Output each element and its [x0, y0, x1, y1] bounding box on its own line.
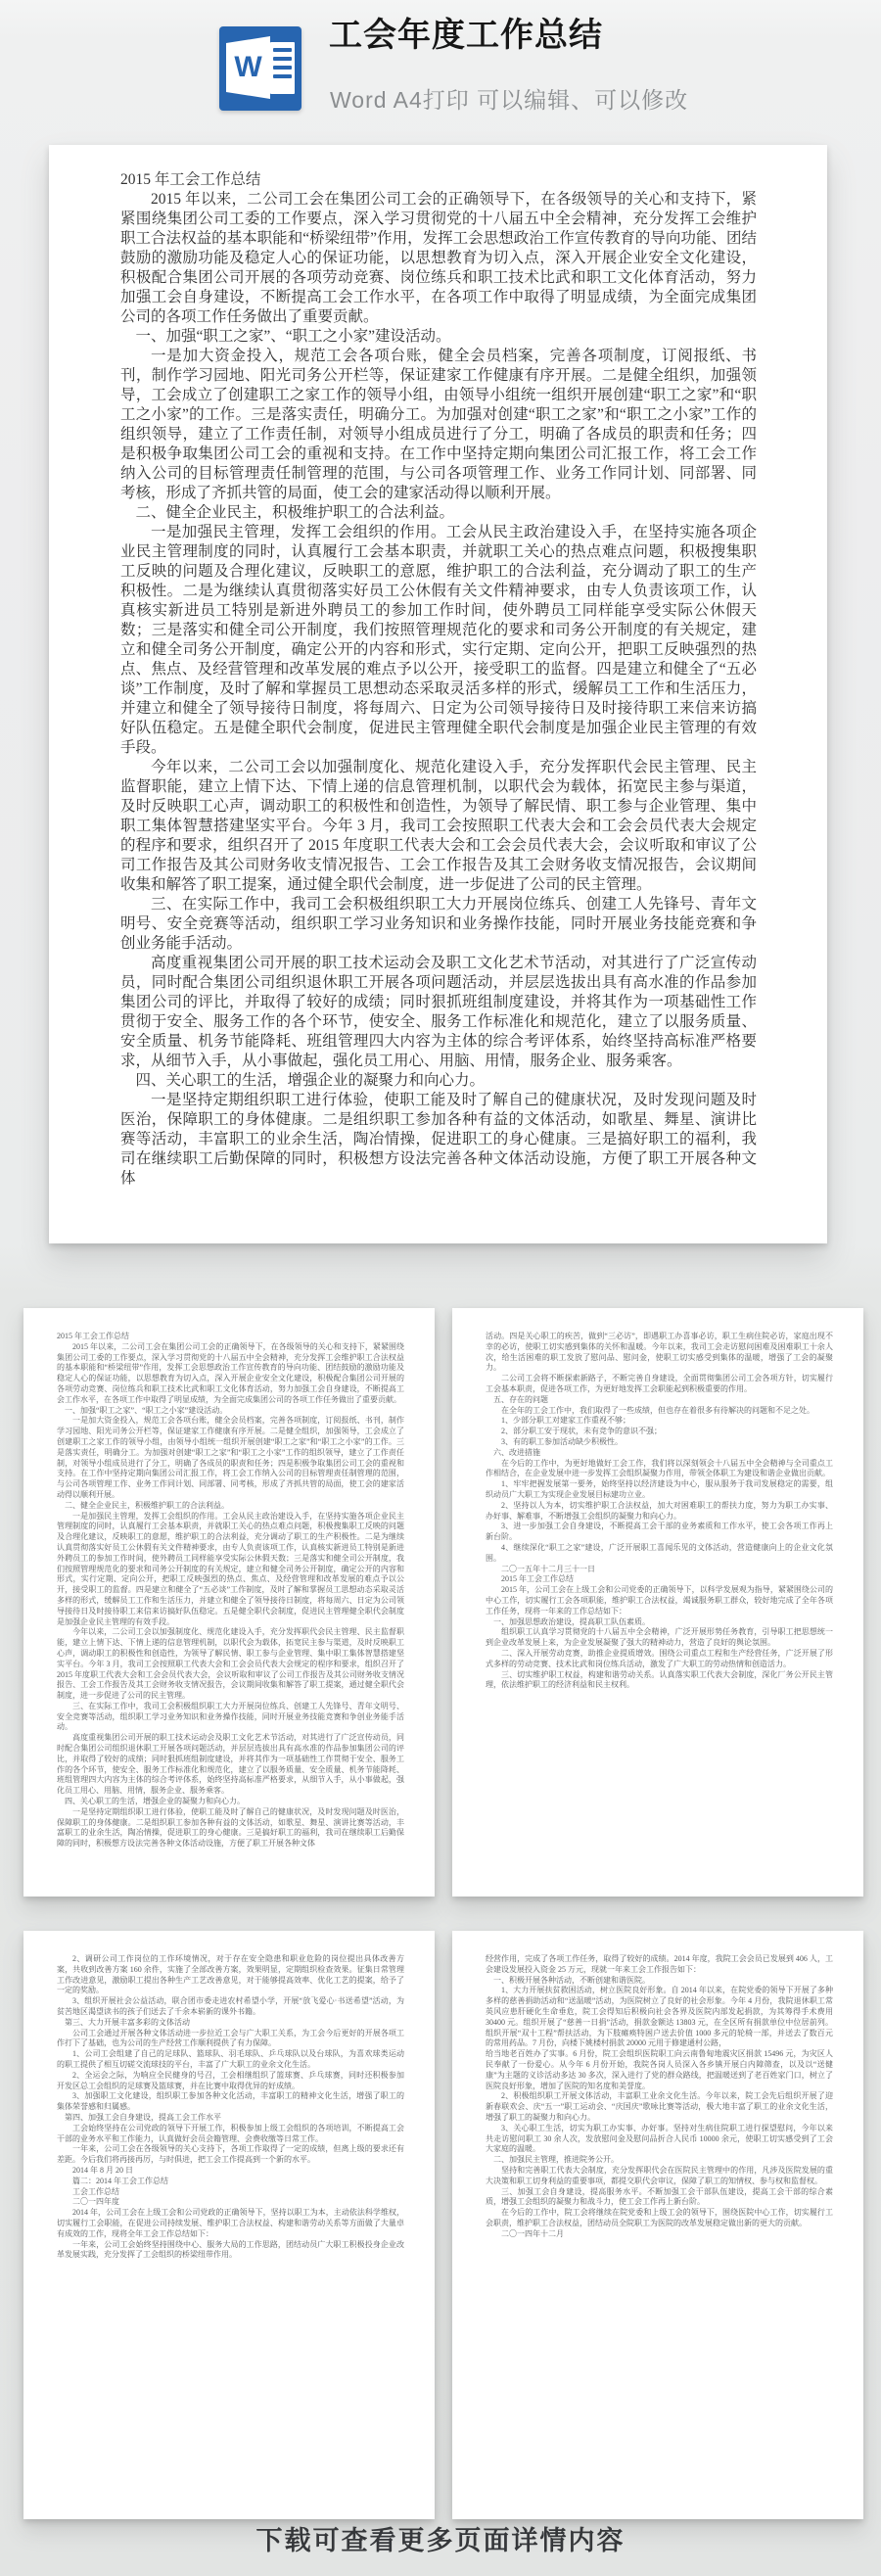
doc-paragraph: 二、健全企业民主，积极维护职工的合法利益。 — [57, 1501, 404, 1512]
doc-paragraph: 一、加强思想政治建设，提高职工队伍素质。 — [486, 1617, 833, 1628]
doc-paragraph: 三、切实维护职工权益，构建和谐劳动关系。认真落实职工代表大会制度，深化厂务公开民… — [486, 1670, 833, 1692]
doc-paragraph: 1、大力开展扶贫救困活动，树立医院良好形象。自 2014 年以来，在院党委的领导… — [486, 1986, 833, 2049]
doc-paragraph: 二、健全企业民主，积极维护职工的合法利益。 — [120, 503, 757, 523]
doc-paragraph: 二、深入开展劳动竞赛，助推企业提质增效。围绕公司重点工程和生产经营任务，广泛开展… — [486, 1649, 833, 1670]
doc-paragraph: 2、积极组织职工开展文体活动，丰富职工业余文化生活。今年以来，院工会先后组织开展… — [486, 2091, 833, 2123]
doc-paragraph: 一是坚持定期组织职工进行体验，使职工能及时了解自己的健康状况，及时发现问题及时医… — [57, 1807, 404, 1850]
doc-paragraph: 二、加强民主管理，推进院务公开。 — [486, 2155, 833, 2166]
doc-paragraph: 2015 年工会工作总结 — [486, 1574, 833, 1585]
doc-paragraph: 坚持和完善职工代表大会制度，充分发挥职代会在医院民主管理中的作用，凡涉及医院发展… — [486, 2166, 833, 2187]
doc-paragraph: 三、在实际工作中，我司工会积极组织职工大力开展岗位练兵、创建工人先锋号、青年文明… — [120, 895, 757, 954]
doc-paragraph: 2015 年工会工作总结 — [120, 170, 757, 190]
doc-paragraph: 篇二：2014 年工会工作总结 — [57, 2177, 404, 2187]
doc-paragraph: 高度重视集团公司开展的职工技术运动会及职工文化艺术节活动，对其进行了广泛宣传动员… — [57, 1733, 404, 1797]
doc-paragraph: 2014 年 8 月 20 日 — [57, 2166, 404, 2177]
doc-paragraph: 活动。四是关心职工的疾苦，做到“三必访”，即遇职工办喜事必访，职工生病住院必访，… — [486, 1332, 833, 1374]
doc-paragraph: 今年以来，二公司工会以加强制度化、规范化建设入手，充分发挥职代会民主管理、民主监… — [57, 1627, 404, 1702]
word-icon-letter: W — [234, 53, 261, 82]
doc-paragraph: 二〇一五年十二月三十一日 — [486, 1565, 833, 1575]
doc-paragraph: 2014 年，公司工会在上级工会和公司党政的正确领导下，坚持以职工为本，主动依法… — [57, 2208, 404, 2239]
word-icon: W — [219, 26, 301, 111]
doc-paragraph: 二〇一四年度 — [57, 2197, 404, 2208]
doc-paragraph: 2015 年以来，二公司工会在集团公司工会的正确领导下，在各级领导的关心和支持下… — [57, 1342, 404, 1406]
doc-paragraph: 六、改进措施 — [486, 1448, 833, 1459]
doc-paragraph: 组织职工认真学习贯彻党的十八届五中全会精神，广泛开展形势任务教育，引导职工把思想… — [486, 1627, 833, 1649]
doc-paragraph: 公司工会通过开展各种文体活动进一步拉近工会与广大职工关系，为工会今后更好的开展各… — [57, 2029, 404, 2050]
doc-paragraph: 一是加强民主管理，发挥工会组织的作用。工会从民主政治建设入手，在坚持实施各项企业… — [120, 523, 757, 758]
doc-paragraph: 1、牢牢把握发展第一要务，始终坚持以经济建设为中心，服从服务于我司发展稳定的需要… — [486, 1479, 833, 1501]
doc-paragraph: 2、调研公司工作岗位的工作环境情况，对于存在安全隐患和职业危险的岗位提出具体改善… — [57, 1954, 404, 1996]
doc-paragraph: 一是加大资金投入，规范工会各项台账，健全会员档案，完善各项制度，订阅报纸、书刊，… — [57, 1416, 404, 1500]
thumbnail-text-page-4: 经营作用，完成了各项工作任务，取得了较好的成绩。2014 年度，我院工会会员已发… — [452, 1931, 863, 2519]
doc-paragraph: 四、关心职工的生活，增强企业的凝聚力和向心力。 — [120, 1071, 757, 1091]
page-subtitle: Word A4打印 可以编辑、可以修改 — [330, 86, 688, 114]
doc-paragraph: 工会工作总结 — [57, 2187, 404, 2198]
doc-paragraph: 一是加强民主管理，发挥工会组织的作用。工会从民主政治建设入手，在坚持实施各项企业… — [57, 1512, 404, 1628]
doc-paragraph: 今年以来，二公司工会以加强制度化、规范化建设入手，充分发挥职代会民主管理、民主监… — [120, 758, 757, 895]
doc-paragraph: 工会始终坚持在公司党政的领导下开展工作，积极参加上级工会组织的各项培训，不断提高… — [57, 2124, 404, 2145]
doc-paragraph: 3、进一步加强工会自身建设，不断提高工会干部的业务素质和工作水平，使工会各项工作… — [486, 1522, 833, 1543]
doc-paragraph: 3、有的职工参加活动缺少积极性。 — [486, 1437, 833, 1448]
word-icon-doc-lines — [270, 42, 295, 94]
doc-paragraph: 一、加强“职工之家”、“职工之小家”建设活动。 — [57, 1406, 404, 1417]
doc-paragraph: 五、存在的问题 — [486, 1395, 833, 1406]
doc-paragraph: 二〇一四年十二月 — [486, 2229, 833, 2240]
doc-paragraph: 2、坚持以人为本，切实维护职工合法权益，加大对困难职工的帮扶力度，努力为职工办实… — [486, 1501, 833, 1522]
doc-paragraph: 二公司工会将不断探索新路子，不断完善自身建设，全面贯彻集团公司工会各项方针，切实… — [486, 1374, 833, 1395]
doc-paragraph: 3、组织开展社会公益活动，联合团市委走进农村希望小学，开展“放飞爱心·书送希望”… — [57, 1996, 404, 2018]
thumbnail-text-page-2: 活动。四是关心职工的疾苦，做到“三必访”，即遇职工办喜事必访，职工生病住院必访，… — [452, 1308, 863, 1897]
page-title: 工会年度工作总结 — [329, 16, 603, 55]
download-hint: 下载可查看更多页面详情内容 — [0, 2524, 881, 2557]
document-preview-page-1[interactable]: 2015 年工会工作总结2015 年以来，二公司工会在集团公司工会的正确领导下，… — [49, 145, 827, 1243]
doc-paragraph: 2、全运会之际，为响应全民健身的号召，工会相继组织了篮球赛、乒乓球赛，同时还积极… — [57, 2071, 404, 2092]
thumbnail-text-page-3: 2、调研公司工作岗位的工作环境情况，对于存在安全隐患和职业危险的岗位提出具体改善… — [23, 1931, 435, 2519]
doc-paragraph: 2015 年以来，二公司工会在集团公司工会的正确领导下，在各级领导的关心和支持下… — [120, 190, 757, 327]
thumbnail-page-2[interactable]: 活动。四是关心职工的疾苦，做到“三必访”，即遇职工办喜事必访，职工生病住院必访，… — [452, 1308, 863, 1897]
doc-paragraph: 1、少部分职工对建家工作重视不够； — [486, 1416, 833, 1427]
document-text-page-1: 2015 年工会工作总结2015 年以来，二公司工会在集团公司工会的正确领导下，… — [49, 145, 827, 1243]
doc-paragraph: 在今后的工作中，为更好地做好工会工作，我们将以深刻领会十八届五中全会精神与全司重… — [486, 1459, 833, 1480]
doc-paragraph: 2、部分职工安于现状，未有竞争的意识不强； — [486, 1427, 833, 1437]
word-icon-page: W — [226, 36, 270, 99]
doc-paragraph: 四、关心职工的生活，增强企业的凝聚力和向心力。 — [57, 1797, 404, 1807]
thumbnail-page-1[interactable]: 2015 年工会工作总结2015 年以来，二公司工会在集团公司工会的正确领导下，… — [23, 1308, 435, 1897]
doc-paragraph: 一、加强“职工之家”、“职工之小家”建设活动。 — [120, 327, 757, 347]
doc-paragraph: 三、加强工会自身建设，提高服务水平。不断加强工会干部队伍建设，提高工会干部的综合… — [486, 2187, 833, 2209]
thumbnail-text-page-1: 2015 年工会工作总结2015 年以来，二公司工会在集团公司工会的正确领导下，… — [23, 1308, 435, 1897]
thumbnail-page-3[interactable]: 2、调研公司工作岗位的工作环境情况，对于存在安全隐患和职业危险的岗位提出具体改善… — [23, 1931, 435, 2519]
doc-paragraph: 三、在实际工作中，我司工会积极组织职工大力开展岗位练兵、创建工人先锋号、青年文明… — [57, 1702, 404, 1733]
doc-paragraph: 一年来，公司工会在各级领导的关心支持下，各项工作取得了一定的成绩，但离上级的要求… — [57, 2144, 404, 2166]
doc-paragraph: 3、加强职工文化建设，组织职工参加各种文化活动，丰富职工的精神文化生活，增强了职… — [57, 2091, 404, 2113]
doc-paragraph: 第三、大力开展丰富多彩的文体活动 — [57, 2018, 404, 2029]
doc-paragraph: 一是加大资金投入，规范工会各项台账，健全会员档案，完善各项制度，订阅报纸、书刊，… — [120, 347, 757, 503]
doc-paragraph: 在全年的工会工作中，我们取得了一些成绩，但也存在着很多有待解决的问题和不足之处。 — [486, 1406, 833, 1417]
doc-paragraph: 一是坚持定期组织职工进行体验，使职工能及时了解自己的健康状况，及时发现问题及时医… — [120, 1091, 757, 1189]
doc-paragraph: 第四、加强工会自身建设，提高工会工作水平 — [57, 2113, 404, 2124]
doc-paragraph: 3、关心职工生活，切实为职工办实事、办好事。坚持对生病住院职工进行探望慰问，今年… — [486, 2124, 833, 2155]
doc-paragraph: 经营作用，完成了各项工作任务，取得了较好的成绩。2014 年度，我院工会会员已发… — [486, 1954, 833, 1976]
doc-paragraph: 1、公司工会组建了自己的足球队、篮球队、羽毛球队、乒乓球队以及台球队，为喜欢球类… — [57, 2049, 404, 2071]
doc-paragraph: 2015 年工会工作总结 — [57, 1332, 404, 1342]
doc-paragraph: 高度重视集团公司开展的职工技术运动会及职工文化艺术节活动，对其进行了广泛宣传动员… — [120, 954, 757, 1071]
doc-paragraph: 一年来，公司工会始终坚持围绕中心、服务大局的工作思路，团结动员广大职工积极投身企… — [57, 2240, 404, 2262]
doc-paragraph: 给当地老百姓办了实事。6 月份，院工会组织医院职工向云南鲁甸地震灾区捐款 154… — [486, 2049, 833, 2091]
doc-paragraph: 4、继续深化“职工之家”建设，广泛开展职工喜闻乐见的文体活动，营造健康向上的企业… — [486, 1543, 833, 1565]
doc-paragraph: 2015 年，公司工会在上级工会和公司党委的正确领导下，以科学发展观为指导，紧紧… — [486, 1585, 833, 1616]
doc-paragraph: 在今后的工作中，院工会将继续在院党委和上级工会的领导下，围绕医院中心工作，切实履… — [486, 2208, 833, 2229]
doc-paragraph: 一、积极开展各种活动，不断创建和谐医院。 — [486, 1976, 833, 1987]
thumbnail-page-4[interactable]: 经营作用，完成了各项工作任务，取得了较好的成绩。2014 年度，我院工会会员已发… — [452, 1931, 863, 2519]
